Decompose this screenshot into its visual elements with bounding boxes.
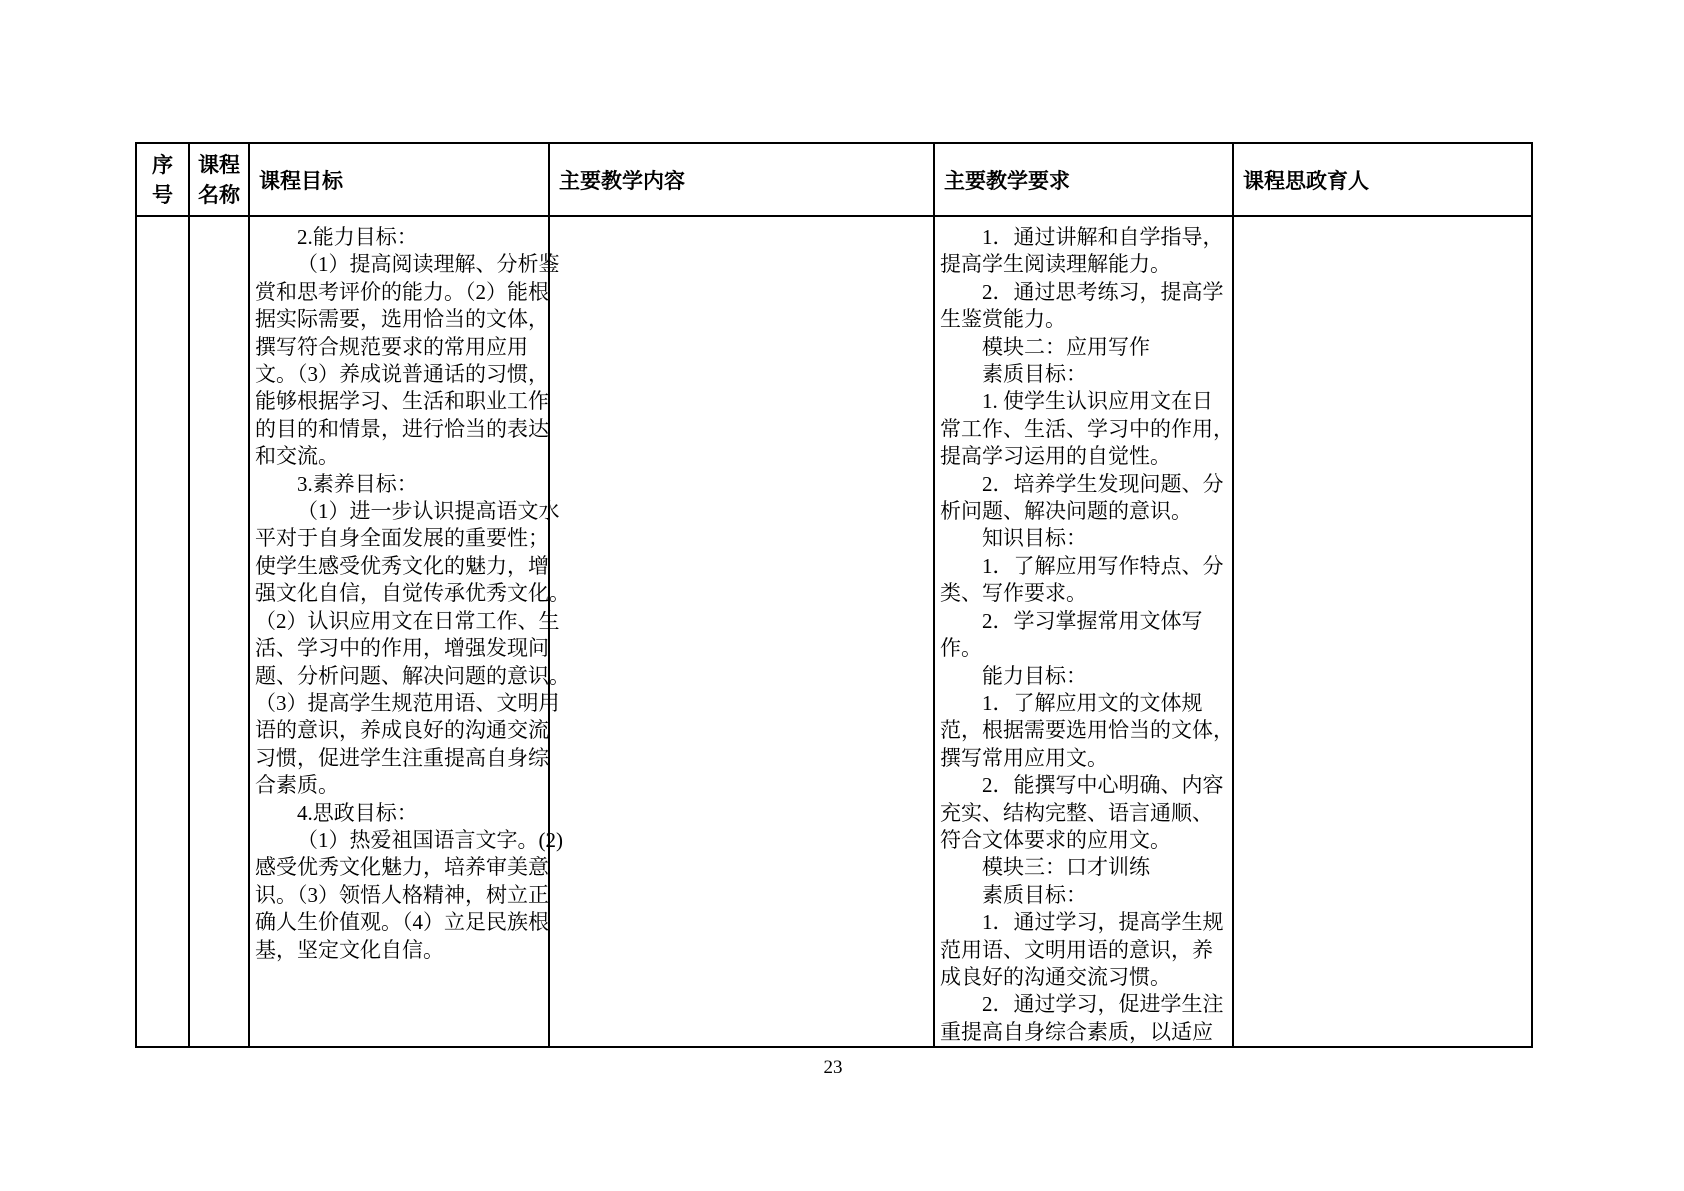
text-line: 撰写常用应用文。 — [940, 745, 1230, 772]
text-line: 合素质。 — [255, 772, 546, 799]
text-line: 作。 — [940, 635, 1230, 662]
text-line: 提高学生阅读理解能力。 — [940, 251, 1230, 278]
text-line: 2．培养学生发现问题、分 — [940, 471, 1230, 498]
text-line: 重提高自身综合素质，以适应 — [940, 1019, 1230, 1046]
text-line: 1. 使学生认识应用文在日 — [940, 388, 1230, 415]
text-line: 2．能撰写中心明确、内容 — [940, 772, 1230, 799]
page-number: 23 — [135, 1057, 1531, 1079]
text-line: 题、分析问题、解决问题的意识。 — [255, 663, 546, 690]
text-line: （1）提高阅读理解、分析鉴 — [255, 251, 546, 278]
cell-course-name — [189, 216, 249, 1047]
text-line: 成良好的沟通交流习惯。 — [940, 964, 1230, 991]
text-line: 4.思政目标： — [255, 800, 546, 827]
text-line: 赏和思考评价的能力。（2）能根 — [255, 279, 546, 306]
text-line: 据实际需要，选用恰当的文体， — [255, 306, 546, 333]
text-line: 常工作、生活、学习中的作用， — [940, 416, 1230, 443]
text-line: 确人生价值观。（4）立足民族根 — [255, 909, 546, 936]
cell-seq-no — [136, 216, 189, 1047]
text-line: 撰写符合规范要求的常用应用 — [255, 334, 546, 361]
text-line: 感受优秀文化魅力，培养审美意 — [255, 854, 546, 881]
header-cell-ideology-education: 课程思政育人 — [1233, 143, 1532, 216]
text-line: 模块二：应用写作 — [940, 334, 1230, 361]
text-line: 的目的和情景，进行恰当的表达 — [255, 416, 546, 443]
text-line: 1．了解应用文的文体规 — [940, 690, 1230, 717]
text-line: 素质目标： — [940, 882, 1230, 909]
text-line: 充实、结构完整、语言通顺、 — [940, 800, 1230, 827]
text-line: （3）提高学生规范用语、文明用 — [255, 690, 546, 717]
header-cell-teaching-content: 主要教学内容 — [549, 143, 934, 216]
text-line: 1．通过学习，提高学生规 — [940, 909, 1230, 936]
document-page: 序 号 课程 名称 课程目标 主要教学内容 主要教学要求 课程思政育人 2.能力… — [0, 0, 1684, 1191]
text-line: 2．学习掌握常用文体写 — [940, 608, 1230, 635]
text-line: 活、学习中的作用，增强发现问 — [255, 635, 546, 662]
text-line: 范，根据需要选用恰当的文体， — [940, 717, 1230, 744]
header-cell-course-objectives: 课程目标 — [249, 143, 549, 216]
header-cell-course-name: 课程 名称 — [189, 143, 249, 216]
text-line: 习惯，促进学生注重提高自身综 — [255, 745, 546, 772]
text-line: 提高学习运用的自觉性。 — [940, 443, 1230, 470]
text-line: 能力目标： — [940, 663, 1230, 690]
table-row: 2.能力目标：（1）提高阅读理解、分析鉴赏和思考评价的能力。（2）能根据实际需要… — [136, 216, 1532, 1047]
cell-ideology-education — [1233, 216, 1532, 1047]
text-line: 平对于自身全面发展的重要性； — [255, 525, 546, 552]
text-line: 和交流。 — [255, 443, 546, 470]
text-line: 1．了解应用写作特点、分 — [940, 553, 1230, 580]
cell-teaching-requirements: 1．通过讲解和自学指导，提高学生阅读理解能力。2．通过思考练习，提高学生鉴赏能力… — [934, 216, 1233, 1047]
text-line: 2.能力目标： — [255, 224, 546, 251]
text-line: 范用语、文明用语的意识，养 — [940, 937, 1230, 964]
table-header-row: 序 号 课程 名称 课程目标 主要教学内容 主要教学要求 课程思政育人 — [136, 143, 1532, 216]
course-plan-table: 序 号 课程 名称 课程目标 主要教学内容 主要教学要求 课程思政育人 2.能力… — [135, 142, 1533, 1048]
text-line: 1．通过讲解和自学指导， — [940, 224, 1230, 251]
text-line: （1）进一步认识提高语文水 — [255, 498, 546, 525]
text-line: 类、写作要求。 — [940, 580, 1230, 607]
text-line: 生鉴赏能力。 — [940, 306, 1230, 333]
text-line: 强文化自信，自觉传承优秀文化。 — [255, 580, 546, 607]
text-line: 能够根据学习、生活和职业工作 — [255, 388, 546, 415]
cell-teaching-content — [549, 216, 934, 1047]
cell-course-objectives: 2.能力目标：（1）提高阅读理解、分析鉴赏和思考评价的能力。（2）能根据实际需要… — [249, 216, 549, 1047]
text-line: 素质目标： — [940, 361, 1230, 388]
header-cell-teaching-requirements: 主要教学要求 — [934, 143, 1233, 216]
text-line: 析问题、解决问题的意识。 — [940, 498, 1230, 525]
text-line: 模块三：口才训练 — [940, 854, 1230, 881]
text-line: 2．通过思考练习，提高学 — [940, 279, 1230, 306]
text-line: （2）认识应用文在日常工作、生 — [255, 608, 546, 635]
header-cell-seq-no: 序 号 — [136, 143, 189, 216]
text-line: 基，坚定文化自信。 — [255, 937, 546, 964]
text-line: 文。（3）养成说普通话的习惯， — [255, 361, 546, 388]
text-line: 语的意识，养成良好的沟通交流 — [255, 717, 546, 744]
text-line: （1）热爱祖国语言文字。(2) — [255, 827, 546, 854]
text-line: 识。（3）领悟人格精神，树立正 — [255, 882, 546, 909]
text-line: 3.素养目标： — [255, 471, 546, 498]
text-line: 符合文体要求的应用文。 — [940, 827, 1230, 854]
text-line: 使学生感受优秀文化的魅力，增 — [255, 553, 546, 580]
text-line: 知识目标： — [940, 525, 1230, 552]
text-line: 2．通过学习，促进学生注 — [940, 991, 1230, 1018]
